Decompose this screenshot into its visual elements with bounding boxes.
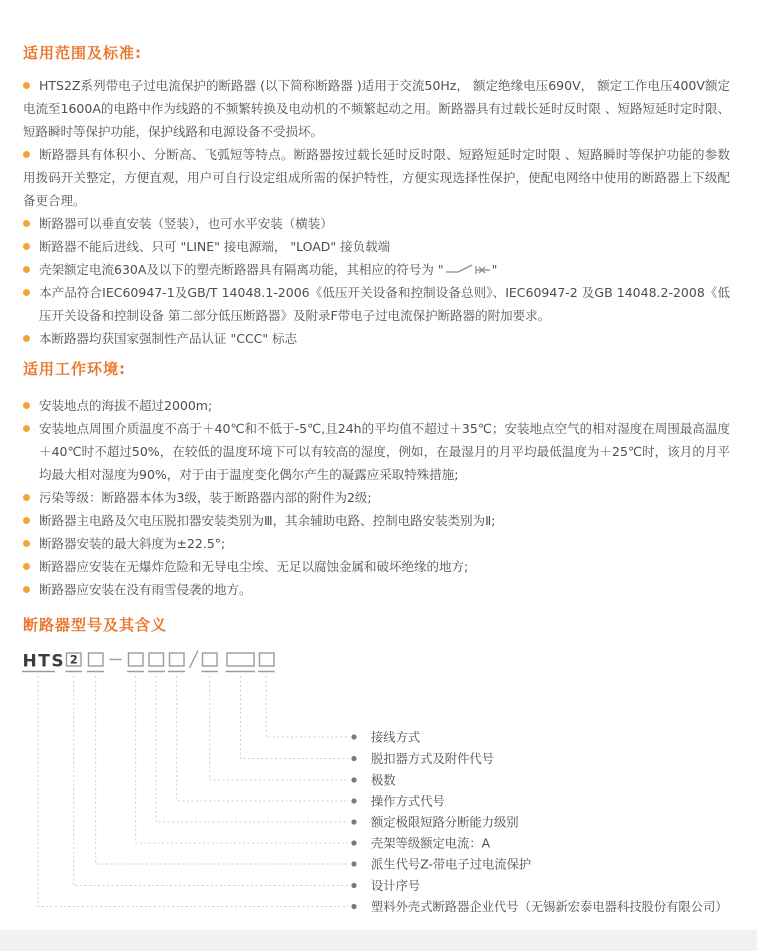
model-label: 极数 <box>371 772 396 787</box>
scope-bullet-list: HTS2Z系列带电子过电流保护的断路器 (以下简称断路器 )适用于交流50Hz，… <box>23 74 730 350</box>
bullet-dot-icon <box>23 335 30 342</box>
bullet-dot-icon <box>23 151 30 158</box>
list-item-text: 安装地点的海拔不超过2000m; <box>39 398 212 413</box>
list-item: 污染等级：断路器本体为3级，装于断路器内部的附件为2级; <box>23 486 730 509</box>
connector-dot-icons <box>351 734 356 909</box>
model-label: 塑料外壳式断路器企业代号（无锡新宏泰电器科技股份有限公司） <box>371 899 728 914</box>
model-code-boxes: 2 <box>67 651 275 669</box>
bullet-dot-icon <box>23 586 30 593</box>
list-item: 本产品符合IEC60947-1及GB/T 14048.1-2006《低压开关设备… <box>23 281 730 327</box>
model-label: 壳架等级额定电流：A <box>371 835 491 850</box>
list-item: 断路器不能后进线、只可 "LINE" 接电源端， "LOAD" 接负载端 <box>23 235 730 258</box>
model-prefix-text: HTS <box>23 652 66 672</box>
bullet-dot-icon <box>23 220 30 227</box>
list-item-text: 断路器应安装在没有雨雪侵袭的地方。 <box>39 582 252 597</box>
design-serial-digit: 2 <box>70 653 78 667</box>
bullet-dot-icon <box>23 494 30 501</box>
bullet-dot-icon <box>23 266 30 273</box>
list-item: 本断路器均获国家强制性产品认证 "CCC" 标志 <box>23 327 730 350</box>
model-label: 操作方式代号 <box>371 793 445 808</box>
list-item-text: 断路器具有体积小、分断高、飞弧短等特点。断路器按过载长延时反时限、短路短延时定时… <box>23 147 730 208</box>
list-item: HTS2Z系列带电子过电流保护的断路器 (以下简称断路器 )适用于交流50Hz，… <box>23 74 730 143</box>
section-model-designation: 断路器型号及其含义 HTS 2 <box>0 617 757 930</box>
list-item-text: 断路器安装的最大斜度为±22.5°; <box>39 536 225 551</box>
model-label: 设计序号 <box>371 878 420 893</box>
model-label: 脱扣器方式及附件代号 <box>371 751 494 766</box>
scope-heading: 适用范围及标准: <box>23 45 730 61</box>
list-item-text: 断路器不能后进线、只可 "LINE" 接电源端， "LOAD" 接负载端 <box>39 239 390 254</box>
list-item: 安装地点的海拔不超过2000m; <box>23 394 730 417</box>
list-item: 断路器应安装在没有雨雪侵袭的地方。 <box>23 578 730 601</box>
list-item: 断路器安装的最大斜度为±22.5°; <box>23 532 730 555</box>
list-item-text: 断路器主电路及欠电压脱扣器安装类别为Ⅲ，其余辅助电路、控制电路安装类别为Ⅱ; <box>39 513 495 528</box>
model-heading: 断路器型号及其含义 <box>23 617 757 633</box>
environment-bullet-list: 安装地点的海拔不超过2000m; 安装地点周围介质温度不高于＋40℃和不低于-5… <box>23 394 730 601</box>
environment-heading: 适用工作环境: <box>23 361 730 377</box>
model-labels: 接线方式 脱扣器方式及附件代号 极数 操作方式代号 额定极限短路分断能力级别 壳… <box>371 729 728 914</box>
isolator-symbol-icon <box>445 262 491 276</box>
bullet-dot-icon <box>23 289 30 296</box>
bullet-dot-icon <box>23 243 30 250</box>
model-label: 接线方式 <box>371 729 420 744</box>
section-environment: 适用工作环境: 安装地点的海拔不超过2000m; 安装地点周围介质温度不高于＋4… <box>23 361 730 601</box>
list-item-text: 安装地点周围介质温度不高于＋40℃和不低于-5℃,且24h的平均值不超过＋35℃… <box>39 421 730 482</box>
list-item-text: 污染等级：断路器本体为3级，装于断路器内部的附件为2级; <box>39 490 372 505</box>
section-scope: 适用范围及标准: HTS2Z系列带电子过电流保护的断路器 (以下简称断路器 )适… <box>23 45 730 350</box>
list-item-text: 壳架额定电流630A及以下的塑壳断路器具有隔离功能，其相应的符号为 " <box>39 262 444 277</box>
model-label: 派生代号Z-带电子过电流保护 <box>371 856 531 871</box>
list-item: 断路器应安装在无爆炸危险和无导电尘埃、无足以腐蚀金属和破坏绝缘的地方; <box>23 555 730 578</box>
model-label: 额定极限短路分断能力级别 <box>371 814 519 829</box>
list-item-text: " <box>492 262 498 277</box>
model-designation-diagram: HTS 2 <box>0 647 757 929</box>
bullet-dot-icon <box>23 540 30 547</box>
catalog-page: 适用范围及标准: HTS2Z系列带电子过电流保护的断路器 (以下简称断路器 )适… <box>0 45 757 601</box>
list-item-text: HTS2Z系列带电子过电流保护的断路器 (以下简称断路器 )适用于交流50Hz，… <box>23 78 730 139</box>
list-item-text: 断路器应安装在无爆炸危险和无导电尘埃、无足以腐蚀金属和破坏绝缘的地方; <box>39 559 468 574</box>
list-item-text: 本产品符合IEC60947-1及GB/T 14048.1-2006《低压开关设备… <box>39 285 730 323</box>
list-item-text: 本断路器均获国家强制性产品认证 "CCC" 标志 <box>39 331 297 346</box>
footer-strip <box>0 930 757 951</box>
list-item: 断路器具有体积小、分断高、飞弧短等特点。断路器按过载长延时反时限、短路短延时定时… <box>23 143 730 212</box>
list-item-text: 断路器可以垂直安装（竖装），也可水平安装（横装） <box>39 216 333 231</box>
list-item: 断路器可以垂直安装（竖装），也可水平安装（横装） <box>23 212 730 235</box>
bullet-dot-icon <box>23 402 30 409</box>
bullet-dot-icon <box>23 563 30 570</box>
bullet-dot-icon <box>23 82 30 89</box>
bullet-dot-icon <box>23 517 30 524</box>
bullet-dot-icon <box>23 425 30 432</box>
connector-lines <box>38 676 348 907</box>
list-item: 壳架额定电流630A及以下的塑壳断路器具有隔离功能，其相应的符号为 "" <box>23 258 730 281</box>
list-item: 断路器主电路及欠电压脱扣器安装类别为Ⅲ，其余辅助电路、控制电路安装类别为Ⅱ; <box>23 509 730 532</box>
list-item: 安装地点周围介质温度不高于＋40℃和不低于-5℃,且24h的平均值不超过＋35℃… <box>23 417 730 486</box>
